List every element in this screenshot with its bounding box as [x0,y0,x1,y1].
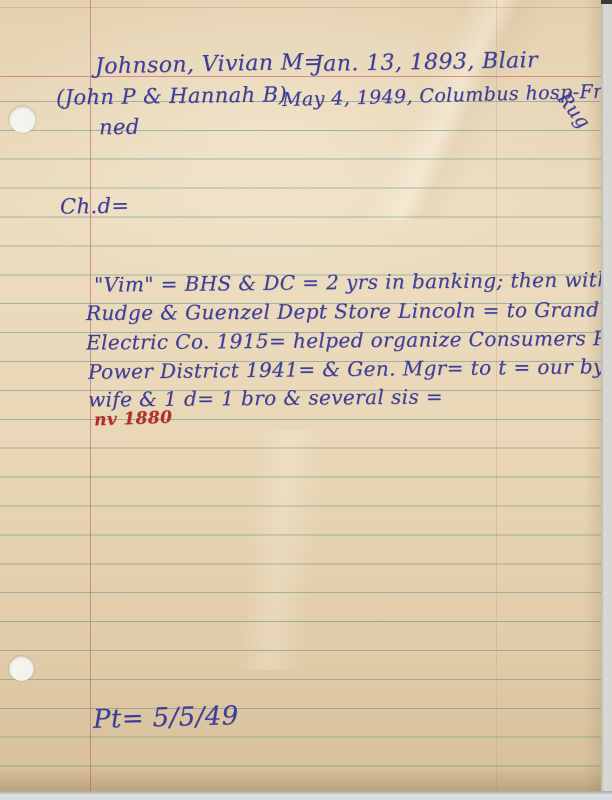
paper-sheet: Johnson, Vivian M= Jan. 13, 1893, Blair … [0,0,601,791]
handwritten-red-note: nv 1880 [94,408,173,431]
handwritten-name: Johnson, Vivian M= [95,50,323,80]
scanner-edge-right [601,0,612,800]
punch-hole-bottom [9,656,34,681]
scanner-edge-bottom [0,791,612,800]
punch-hole-top [9,106,36,133]
handwritten-continuation: ned [99,115,140,140]
scanned-notebook-page: Johnson, Vivian M= Jan. 13, 1893, Blair … [0,0,612,800]
handwritten-church-note: Ch.d= [60,193,130,218]
right-margin-line [496,0,497,791]
handwritten-parents: (John P & Hannah B) [56,82,287,109]
handwritten-birth-date: Jan. 13, 1893, Blair [314,48,538,77]
biography-line: wife & 1 d= 1 bro & several sis = [88,384,443,411]
biography-line: Electric Co. 1915= helped organize Consu… [86,326,612,355]
paper-edge-shadow [0,766,601,791]
biography-line: Rudge & Guenzel Dept Store Lincoln = to … [86,297,612,325]
handwritten-footer-date: Pt= 5/5/49 [93,701,239,735]
scanner-edge-corner [601,0,612,4]
